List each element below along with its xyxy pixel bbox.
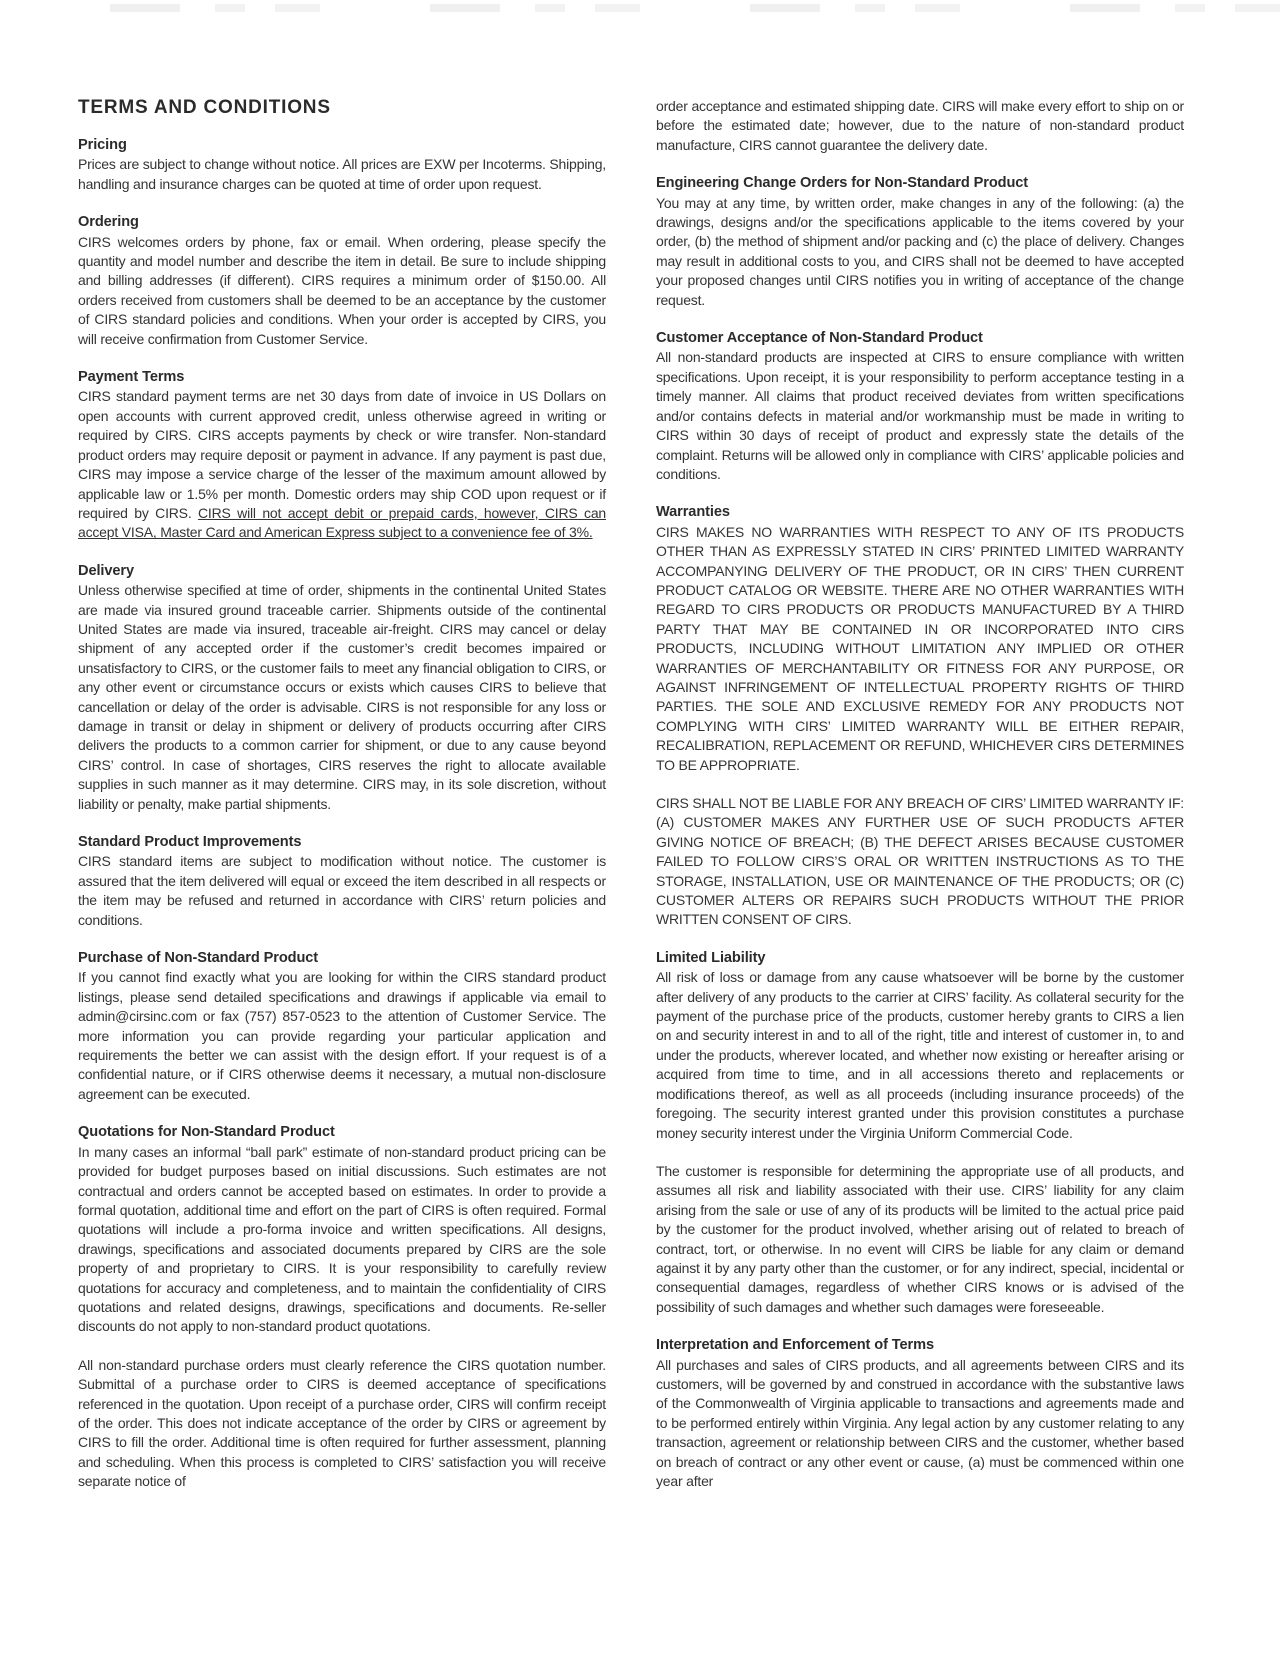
body-text: You may at any time, by written order, m… [656,195,1184,308]
page-title: TERMS AND CONDITIONS [78,97,606,119]
section-purchase-of-non-standard-product: Purchase of Non-Standard ProductIf you c… [78,949,606,1104]
section-customer-acceptance: Customer Acceptance of Non-Standard Prod… [656,329,1184,484]
section-pricing: PricingPrices are subject to change with… [78,136,606,194]
section-heading: Purchase of Non-Standard Product [78,949,606,968]
body-text: CIRS welcomes orders by phone, fax or em… [78,234,606,347]
body-text: In many cases an informal “ball park” es… [78,1144,606,1335]
section-paragraph: All risk of loss or damage from any caus… [656,968,1184,1143]
right-column: order acceptance and estimated shipping … [656,97,1184,1511]
section-paragraph: CIRS SHALL NOT BE LIABLE FOR ANY BREACH … [656,794,1184,930]
section-paragraph: Prices are subject to change without not… [78,155,606,194]
section-paragraph: If you cannot find exactly what you are … [78,968,606,1104]
section-heading: Delivery [78,562,606,581]
body-text: All non-standard purchase orders must cl… [78,1357,606,1489]
section-paragraph: Unless otherwise specified at time of or… [78,581,606,814]
section-paragraph: CIRS MAKES NO WARRANTIES WITH RESPECT TO… [656,523,1184,775]
body-text: order acceptance and estimated shipping … [656,98,1184,153]
body-text: The customer is responsible for determin… [656,1163,1184,1315]
section-paragraph: CIRS standard items are subject to modif… [78,852,606,930]
section-paragraph: The customer is responsible for determin… [656,1162,1184,1317]
section-paragraph: CIRS welcomes orders by phone, fax or em… [78,233,606,349]
section-heading: Interpretation and Enforcement of Terms [656,1336,1184,1355]
section-limited-liability: Limited LiabilityAll risk of loss or dam… [656,949,1184,1317]
body-text: Unless otherwise specified at time of or… [78,582,606,811]
section-payment-terms: Payment TermsCIRS standard payment terms… [78,368,606,543]
body-text: All purchases and sales of CIRS products… [656,1357,1184,1489]
section-paragraph: All non-standard purchase orders must cl… [78,1356,606,1492]
section-standard-product-improvements: Standard Product ImprovementsCIRS standa… [78,833,606,930]
body-text: CIRS MAKES NO WARRANTIES WITH RESPECT TO… [656,524,1184,773]
section-paragraph: order acceptance and estimated shipping … [656,97,1184,155]
section-heading: Payment Terms [78,368,606,387]
document-page: TERMS AND CONDITIONS PricingPrices are s… [0,0,1280,1656]
section-quotations-for-non-standard-product: Quotations for Non-Standard ProductIn ma… [78,1123,606,1491]
section-heading: Limited Liability [656,949,1184,968]
section-delivery: DeliveryUnless otherwise specified at ti… [78,562,606,814]
body-text: CIRS standard items are subject to modif… [78,853,606,927]
section-heading: Customer Acceptance of Non-Standard Prod… [656,329,1184,348]
section-heading: Engineering Change Orders for Non-Standa… [656,174,1184,193]
section-paragraph: You may at any time, by written order, m… [656,194,1184,310]
section-engineering-change-orders: Engineering Change Orders for Non-Standa… [656,174,1184,310]
section-heading: Ordering [78,213,606,232]
two-column-layout: TERMS AND CONDITIONS PricingPrices are s… [0,0,1280,1511]
body-text: CIRS standard payment terms are net 30 d… [78,388,606,520]
section-heading: Pricing [78,136,606,155]
section-paragraph: All non-standard products are inspected … [656,348,1184,484]
body-text: All non-standard products are inspected … [656,349,1184,481]
section-heading: Warranties [656,503,1184,522]
section-paragraph: All purchases and sales of CIRS products… [656,1356,1184,1492]
section-interpretation-and-enforcement: Interpretation and Enforcement of TermsA… [656,1336,1184,1491]
body-text: If you cannot find exactly what you are … [78,969,606,1101]
section-heading: Quotations for Non-Standard Product [78,1123,606,1142]
section-continuation: order acceptance and estimated shipping … [656,97,1184,155]
section-heading: Standard Product Improvements [78,833,606,852]
section-ordering: OrderingCIRS welcomes orders by phone, f… [78,213,606,349]
section-warranties: WarrantiesCIRS MAKES NO WARRANTIES WITH … [656,503,1184,930]
body-text: Prices are subject to change without not… [78,156,606,191]
scan-artifact-dashes [0,4,1280,12]
section-paragraph: CIRS standard payment terms are net 30 d… [78,387,606,542]
body-text: CIRS SHALL NOT BE LIABLE FOR ANY BREACH … [656,795,1184,927]
section-paragraph: In many cases an informal “ball park” es… [78,1143,606,1337]
body-text: All risk of loss or damage from any caus… [656,969,1184,1140]
left-column: TERMS AND CONDITIONS PricingPrices are s… [78,97,606,1511]
